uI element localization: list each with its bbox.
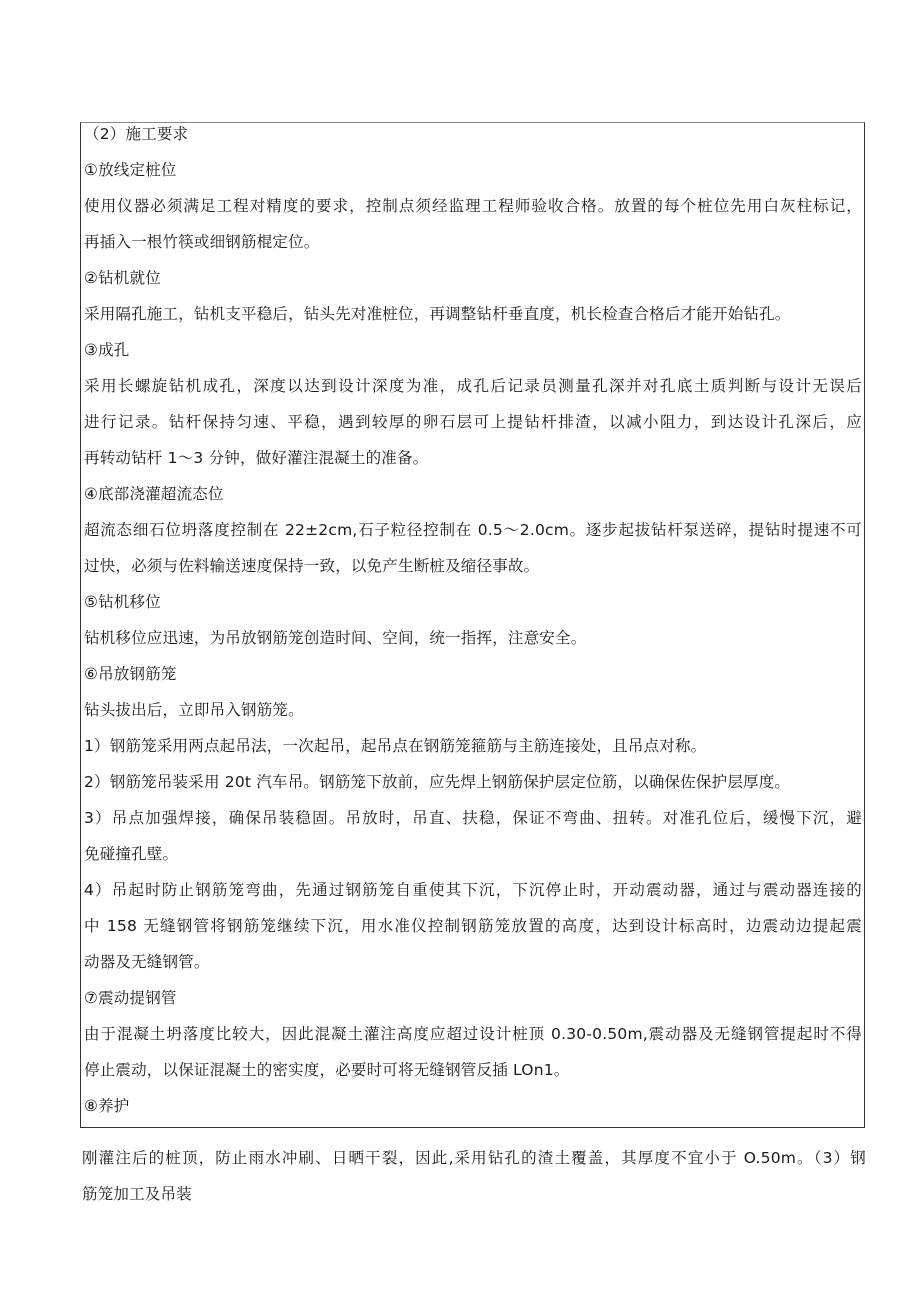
boxed-text-line: 4）吊起时防止钢筋笼弯曲，先通过钢筋笼自重使其下沉，下沉停止时，开动震动器，通过… — [84, 880, 862, 900]
boxed-text-line: 再转动钻杆 1～3 分钟，做好灌注混凝土的准备。 — [84, 448, 428, 468]
boxed-text-line: ⑤钻机移位 — [84, 592, 161, 612]
boxed-text-line: （2）施工要求 — [84, 124, 188, 144]
boxed-text-line: 再插入一根竹筷或细钢筋棍定位。 — [84, 232, 320, 252]
boxed-text-line: 2）钢筋笼吊装采用 20t 汽车吊。钢筋笼下放前，应先焊上钢筋保护层定位筋，以确… — [84, 772, 790, 792]
boxed-text-line: ①放线定桩位 — [84, 160, 177, 180]
boxed-text-line: ②钻机就位 — [84, 268, 161, 288]
outside-text-line: 筋笼加工及吊装 — [82, 1184, 192, 1204]
boxed-text-line: 采用隔孔施工，钻机支平稳后，钻头先对准桩位，再调整钻杆垂直度，机长检查合格后才能… — [84, 304, 791, 324]
boxed-text-line: 动器及无缝钢管。 — [84, 952, 210, 972]
boxed-text-line: ④底部浇灌超流态位 — [84, 484, 224, 504]
boxed-text-line: 由于混凝土坍落度比较大，因此混凝土灌注高度应超过设计桩顶 0.30-0.50m,… — [84, 1024, 862, 1044]
outside-text-line: 刚灌注后的桩顶，防止雨水冲刷、日晒干裂，因此,采用钻孔的渣土覆盖，其厚度不宜小于… — [82, 1148, 866, 1168]
boxed-text-line: 1）钢筋笼采用两点起吊法，一次起吊，起吊点在钢筋笼箍筋与主筋连接处，且吊点对称。 — [84, 736, 706, 756]
boxed-text-line: 超流态细石位坍落度控制在 22±2cm,石子粒径控制在 0.5～2.0cm。逐步… — [84, 520, 862, 540]
boxed-text-line: 钻机移位应迅速，为吊放钢筋笼创造时间、空间，统一指挥，注意安全。 — [84, 628, 586, 648]
boxed-text-line: 停止震动，以保证混凝土的密实度，必要时可将无缝钢管反插 LOn1。 — [84, 1060, 570, 1080]
boxed-text-line: 钻头拔出后，立即吊入钢筋笼。 — [84, 700, 304, 720]
boxed-text-line: 中 158 无缝钢管将钢筋笼继续下沉，用水准仪控制钢筋笼放置的高度，达到设计标高… — [84, 916, 862, 936]
boxed-text-line: 3）吊点加强焊接，确保吊装稳固。吊放时，吊直、扶稳，保证不弯曲、扭转。对准孔位后… — [84, 808, 862, 828]
boxed-text-line: ③成孔 — [84, 340, 130, 360]
boxed-text-line: 免碰撞孔壁。 — [84, 844, 178, 864]
boxed-text-line: 采用长螺旋钻机成孔，深度以达到设计深度为准，成孔后记录员测量孔深并对孔底土质判断… — [84, 376, 862, 396]
boxed-text-line: ⑦震动提钢管 — [84, 988, 177, 1008]
boxed-text-line: ⑥吊放钢筋笼 — [84, 664, 177, 684]
boxed-text-line: 进行记录。钻杆保持匀速、平稳，遇到较厚的卵石层可上提钻杆排渣，以减小阻力，到达设… — [84, 412, 862, 432]
boxed-text-line: 过快，必须与佐料输送速度保持一致，以免产生断桩及缩径事故。 — [84, 556, 539, 576]
boxed-text-line: 使用仪器必须满足工程对精度的要求，控制点须经监理工程师验收合格。放置的每个桩位先… — [84, 196, 862, 216]
boxed-text-line: ⑧养护 — [84, 1096, 130, 1116]
requirements-table-cell — [80, 122, 865, 1128]
